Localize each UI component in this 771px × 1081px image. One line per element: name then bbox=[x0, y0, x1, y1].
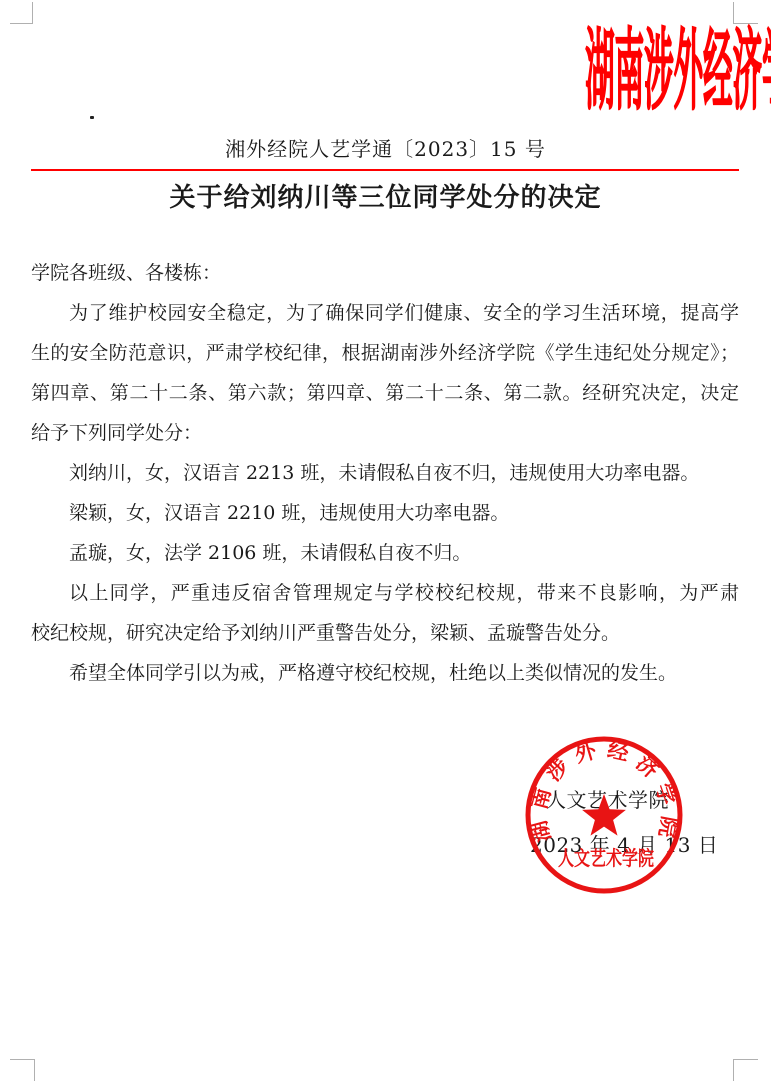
ink-speck bbox=[90, 116, 94, 119]
body-line: 希望全体同学引以为戒，严格遵守校纪校规，杜绝以上类似情况的发生。 bbox=[31, 653, 739, 693]
body-line: 梁颖，女，汉语言 2210 班，违规使用大功率电器。 bbox=[31, 493, 739, 533]
text-boundary-mark-bottom-left bbox=[10, 1059, 35, 1081]
red-divider-rule bbox=[31, 169, 739, 171]
text-boundary-mark-bottom-right bbox=[733, 1059, 758, 1081]
body-line: 第四章、第二十二条、第六款；第四章、第二十二条、第二款。经研究决定，决定 bbox=[31, 373, 739, 413]
body-line: 以上同学，严重违反宿舍管理规定与学校校纪校规，带来不良影响，为严肃 bbox=[31, 573, 739, 613]
body-line: 为了维护校园安全稳定，为了确保同学们健康、安全的学习生活环境，提高学 bbox=[31, 293, 739, 333]
body-line: 学院各班级、各楼栋： bbox=[31, 253, 739, 293]
body-line: 生的安全防范意识，严肃学校纪律，根据湖南涉外经济学院《学生违纪处分规定》； bbox=[31, 333, 739, 373]
body-line: 校纪校规，研究决定给予刘纳川严重警告处分，梁颖、孟璇警告处分。 bbox=[31, 613, 739, 653]
subject-title: 关于给刘纳川等三位同学处分的决定 bbox=[0, 177, 771, 214]
body: 学院各班级、各楼栋：为了维护校园安全稳定，为了确保同学们健康、安全的学习生活环境… bbox=[31, 253, 739, 693]
body-line: 孟璇，女，法学 2106 班，未请假私自夜不归。 bbox=[31, 533, 739, 573]
official-seal: 湖南涉外经济学院 人文艺术学院 bbox=[519, 730, 689, 900]
banner-header: 湖南涉外经济学院人文艺术学院通报（通知） bbox=[0, 24, 771, 116]
seal-star-icon bbox=[582, 794, 626, 836]
body-line: 给予下列同学处分： bbox=[31, 413, 739, 453]
body-line: 刘纳川，女，汉语言 2213 班，未请假私自夜不归，违规使用大功率电器。 bbox=[31, 453, 739, 493]
document-page: 湖南涉外经济学院人文艺术学院通报（通知） 湘外经院人艺学通〔2023〕15 号 … bbox=[0, 0, 771, 1081]
seal-arc-text-path: 湖南涉外经济学院 bbox=[526, 737, 683, 845]
text-boundary-mark-top-left bbox=[10, 2, 33, 24]
seal-bottom-text: 人文艺术学院 bbox=[558, 846, 654, 870]
banner-title: 湖南涉外经济学院人文艺术学院通报（通知） bbox=[585, 24, 771, 116]
document-number: 湘外经院人艺学通〔2023〕15 号 bbox=[0, 133, 771, 162]
seal-arc-text: 湖南涉外经济学院 bbox=[526, 737, 683, 845]
